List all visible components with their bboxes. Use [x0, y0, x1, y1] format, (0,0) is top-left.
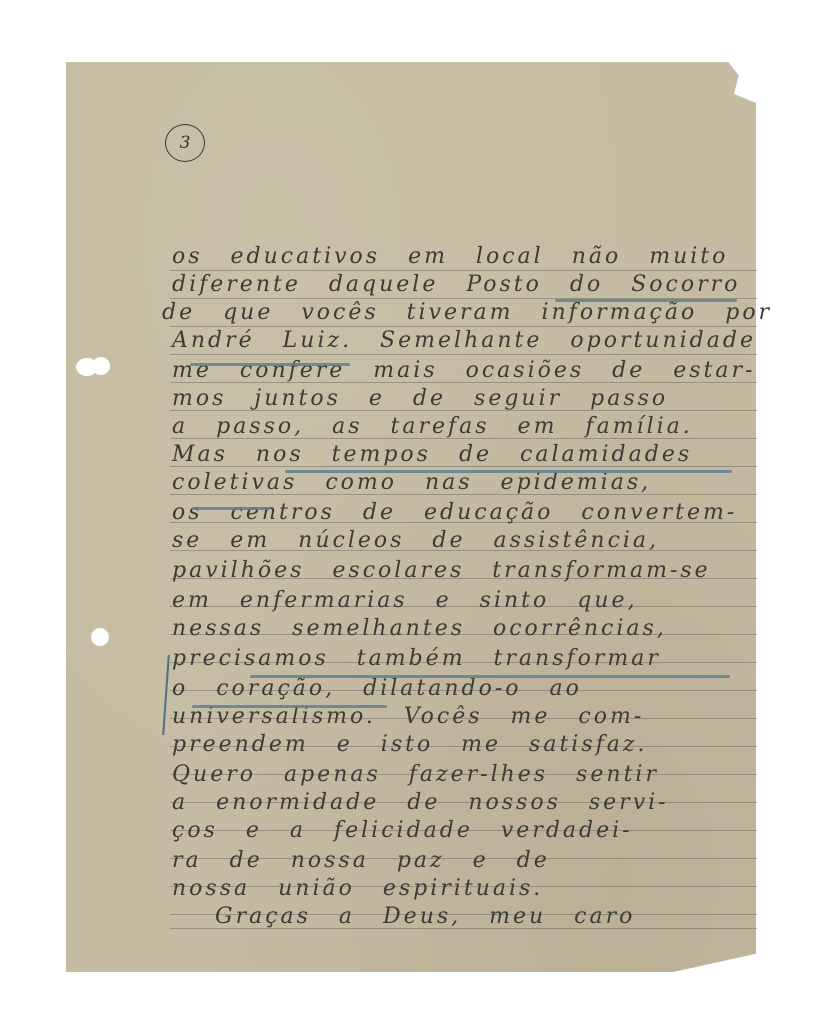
- text-line: a passo, as tarefas em família.: [172, 412, 762, 442]
- text-line: se em núcleos de assistência,: [172, 526, 762, 556]
- text-line: ra de nossa paz e de: [172, 846, 762, 876]
- text-line: mos juntos e de seguir passo: [172, 384, 762, 414]
- blue-underline-tambem-transformar: [250, 675, 730, 678]
- text-line: precisamos também transformar: [172, 644, 762, 674]
- page-number-text: 3: [180, 133, 191, 153]
- text-line: Graças a Deus, meu caro: [215, 902, 805, 932]
- blue-underline-coletivas: [192, 507, 270, 510]
- punch-hole-bottom: [91, 628, 109, 646]
- text-line: diferente daquele Posto do Socorro: [172, 270, 762, 300]
- text-line: nessas semelhantes ocorrências,: [172, 614, 762, 644]
- text-line: preendem e isto me satisfaz.: [172, 730, 762, 760]
- text-line: Quero apenas fazer-lhes sentir: [172, 760, 762, 790]
- blue-underline-posto-socorro: [555, 299, 737, 302]
- text-line: ços e a felicidade verdadei-: [172, 816, 762, 846]
- text-line: o coração, dilatando-o ao: [172, 674, 762, 704]
- blue-underline-coracao: [192, 705, 387, 708]
- text-line: me confere mais ocasiões de estar-: [172, 356, 762, 386]
- page-number: 3: [165, 124, 205, 162]
- text-line: os educativos em local não muito: [172, 242, 762, 272]
- text-line: de que vocês tiveram informação por: [162, 298, 752, 328]
- text-line: os centros de educação convertem-: [172, 498, 762, 528]
- punch-hole-top-2: [92, 357, 110, 375]
- text-line: Mas nos tempos de calamidades: [172, 440, 762, 470]
- blue-underline-andre-luiz: [190, 363, 350, 366]
- text-line: pavilhões escolares transformam-se: [172, 556, 762, 586]
- text-line: nossa união espirituais.: [172, 874, 762, 904]
- blue-underline-tempos-calamidades: [285, 470, 732, 473]
- text-line: em enfermarias e sinto que,: [172, 586, 762, 616]
- text-line: a enormidade de nossos servi-: [172, 788, 762, 818]
- text-line: André Luiz. Semelhante oportunidade: [172, 326, 762, 356]
